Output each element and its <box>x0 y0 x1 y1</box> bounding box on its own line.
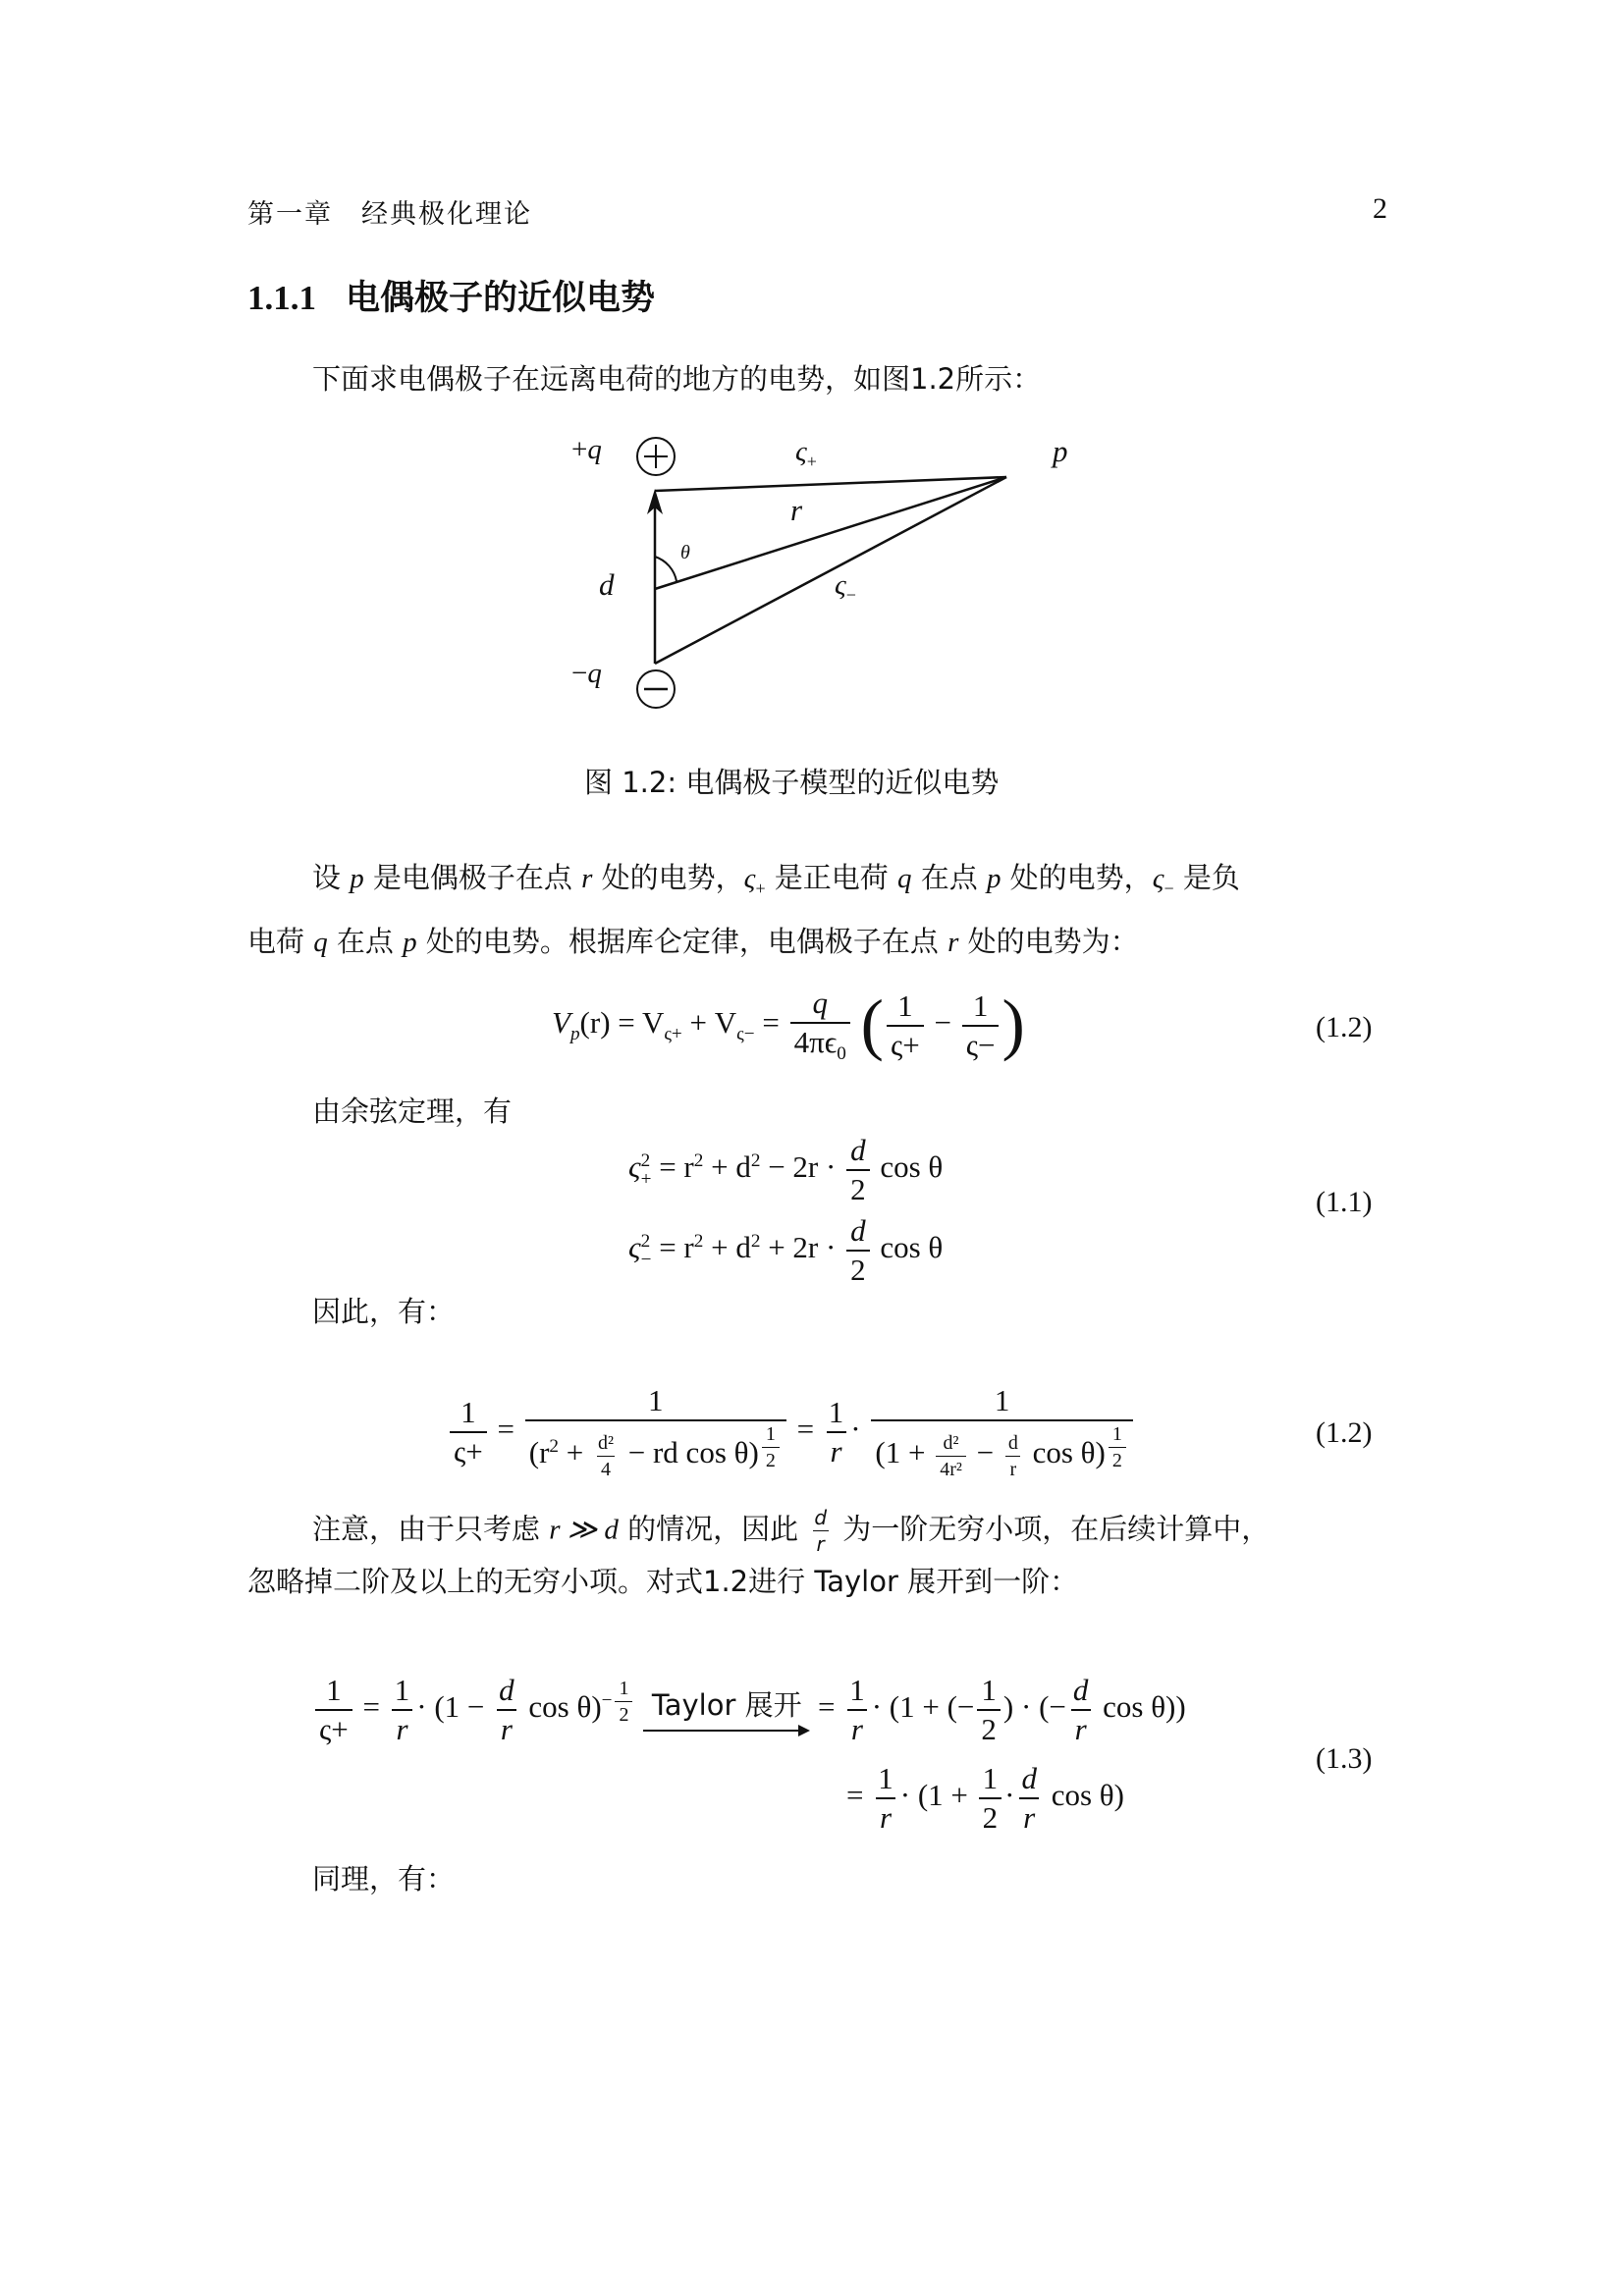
taylor-arrow: Taylor 展开 <box>643 1683 810 1737</box>
equation-inverse-distance: 1ς+ = 1(r2 + d²4 − rd cos θ)12 = 1r· 1(1… <box>447 1384 1136 1480</box>
d-label: d <box>599 567 615 603</box>
plus-q-label: +q <box>571 434 602 466</box>
varsigma-plus-label: ς+ <box>795 434 817 472</box>
note-line1: 注意，由于只考虑 r ≫ d 的情况，因此 dr 为一阶无穷小项，在后续计算中， <box>312 1507 1270 1555</box>
section-heading-text: 电偶极子的近似电势 <box>346 279 655 318</box>
minus-q-label: −q <box>571 658 602 690</box>
similarly-text: 同理，有： <box>312 1865 455 1894</box>
equation-taylor-row2: = 1r· (1 + 12·dr cos θ) <box>846 1762 1124 1835</box>
section-number: 1.1.1 <box>247 279 316 317</box>
section-title: 1.1.1电偶极子的近似电势 <box>247 271 655 320</box>
running-head: 第一章 经典极化理论 <box>247 192 532 231</box>
paragraph-definitions-line2: 电荷 q 在点 p 处的电势。根据库仑定律，电偶极子在点 r 处的电势为： <box>247 928 1139 957</box>
point-p-label: p <box>1053 434 1068 469</box>
paragraph-definitions-line1: 设 p 是电偶极子在点 r 处的电势，ς+ 是正电荷 q 在点 p 处的电势，ς… <box>312 864 1240 897</box>
equation-number: (1.1) <box>1316 1186 1372 1219</box>
page-number: 2 <box>1373 192 1387 226</box>
equation-cosine-plus: ς2+ = r2 + d2 − 2r · d2 cos θ <box>628 1134 943 1206</box>
equation-coulomb: Vp(r) = Vς+ + Vς− = q4πϵ0 (1ς+ − 1ς−) <box>552 987 1025 1064</box>
equation-number: (1.3) <box>1316 1742 1372 1776</box>
equation-taylor-row1: 1ς+ = 1r· (1 − dr cos θ)−12 Taylor 展开 = … <box>312 1674 1186 1746</box>
note-line2: 忽略掉二阶及以上的无穷小项。对式1.2进行 Taylor 展开到一阶： <box>247 1568 1078 1596</box>
intro-paragraph: 下面求电偶极子在远离电荷的地方的电势，如图1.2所示： <box>312 365 1041 394</box>
dipole-figure: +q −q ς+ p r θ d ς− <box>550 422 1100 717</box>
therefore-text: 因此，有： <box>312 1298 455 1326</box>
varsigma-minus-label: ς− <box>835 567 856 606</box>
dipole-diagram <box>550 422 1100 717</box>
figure-caption: 图 1.2: 电偶极子模型的近似电势 <box>584 761 999 801</box>
equation-number: (1.2) <box>1316 1416 1372 1450</box>
equation-number: (1.2) <box>1316 1011 1372 1044</box>
theta-label: θ <box>680 540 690 564</box>
r-label: r <box>790 493 802 528</box>
equation-cosine-minus: ς2− = r2 + d2 + 2r · d2 cos θ <box>628 1214 943 1287</box>
cosine-law-intro: 由余弦定理，有 <box>312 1097 512 1126</box>
